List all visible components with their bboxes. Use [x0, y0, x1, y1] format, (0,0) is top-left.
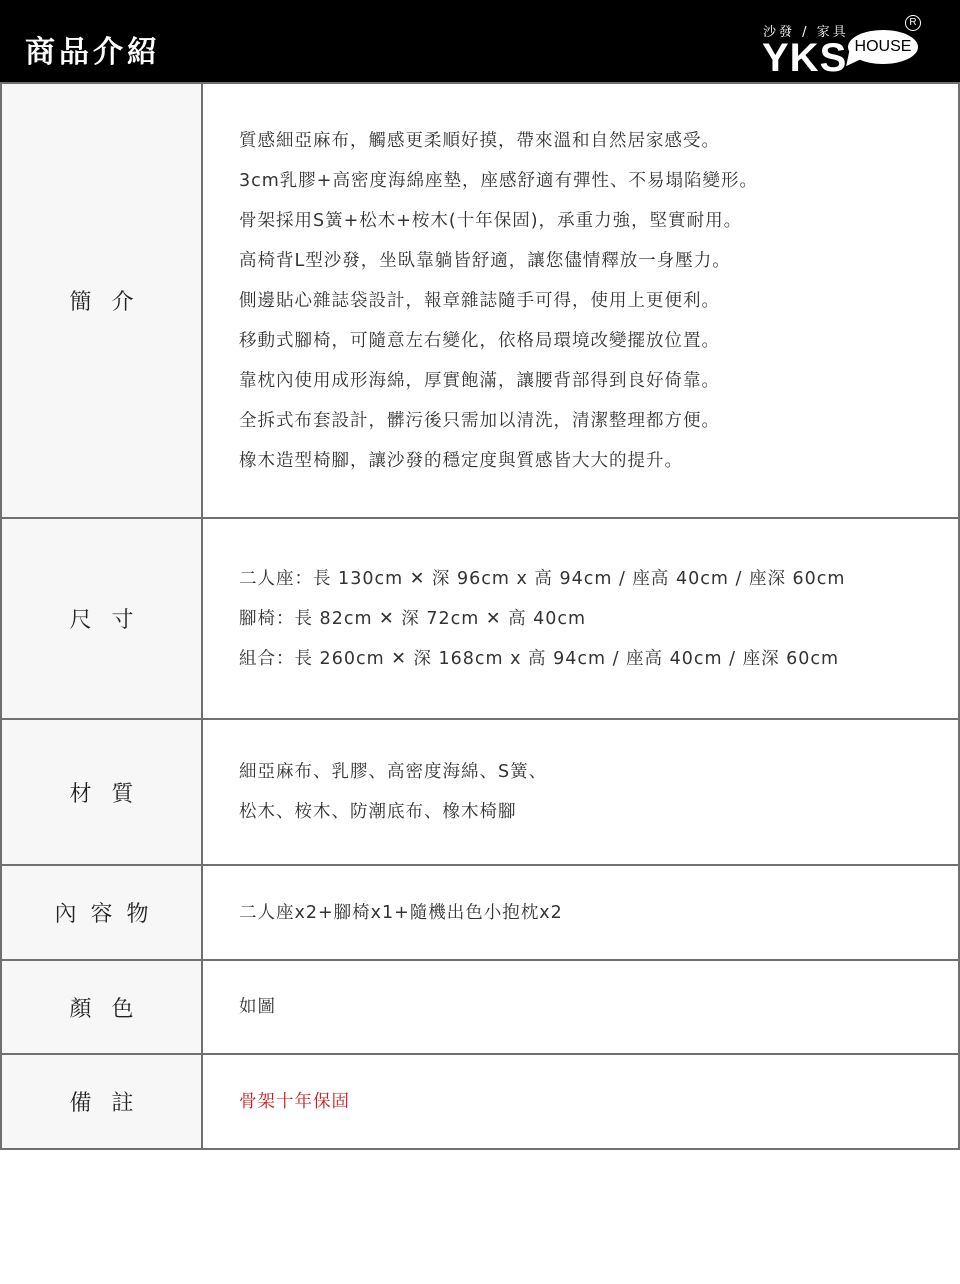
intro-line: 靠枕內使用成形海綿，厚實飽滿，讓腰背部得到良好倚靠。 [239, 361, 958, 401]
spec-row-size: 尺寸 二人座：長 130cm ✕ 深 96cm x 高 94cm / 座高 40… [1, 518, 959, 719]
header-banner: 商品介紹 沙發 / 家具 YKS HOUSE R [0, 0, 960, 82]
spec-label: 尺寸 [1, 518, 202, 719]
intro-line: 高椅背L型沙發，坐臥靠躺皆舒適，讓您儘情釋放一身壓力。 [239, 241, 958, 281]
spec-label: 內容物 [1, 865, 202, 960]
intro-line: 移動式腳椅，可隨意左右變化，依格局環境改變擺放位置。 [239, 321, 958, 361]
size-line: 組合：長 260cm ✕ 深 168cm x 高 94cm / 座高 40cm … [239, 639, 958, 679]
intro-line: 質感細亞麻布，觸感更柔順好摸，帶來溫和自然居家感受。 [239, 121, 958, 161]
contents-line: 二人座x2+腳椅x1+隨機出色小抱枕x2 [239, 893, 958, 933]
registered-mark-icon: R [905, 15, 921, 31]
intro-line: 側邊貼心雜誌袋設計，報章雜誌隨手可得，使用上更便利。 [239, 281, 958, 321]
spec-row-intro: 簡介 質感細亞麻布，觸感更柔順好摸，帶來溫和自然居家感受。 3cm乳膠+高密度海… [1, 83, 959, 518]
intro-line: 橡木造型椅腳，讓沙發的穩定度與質感皆大大的提升。 [239, 441, 958, 481]
remark-line: 骨架十年保固 [239, 1082, 958, 1122]
spec-value: 細亞麻布、乳膠、高密度海綿、S簧、 松木、桉木、防潮底布、橡木椅腳 [202, 719, 959, 865]
page-title: 商品介紹 [25, 34, 161, 72]
spec-label: 備註 [1, 1054, 202, 1149]
spec-value: 二人座x2+腳椅x1+隨機出色小抱枕x2 [202, 865, 959, 960]
size-line: 二人座：長 130cm ✕ 深 96cm x 高 94cm / 座高 40cm … [239, 559, 958, 599]
color-line: 如圖 [239, 987, 958, 1027]
spec-row-remark: 備註 骨架十年保固 [1, 1054, 959, 1149]
spec-value: 如圖 [202, 960, 959, 1054]
size-line: 腳椅：長 82cm ✕ 深 72cm ✕ 高 40cm [239, 599, 958, 639]
spec-label: 材質 [1, 719, 202, 865]
spec-row-material: 材質 細亞麻布、乳膠、高密度海綿、S簧、 松木、桉木、防潮底布、橡木椅腳 [1, 719, 959, 865]
brand-logo: 沙發 / 家具 YKS HOUSE R [760, 10, 960, 80]
spec-label: 簡介 [1, 83, 202, 518]
logo-brand-text: YKS [762, 38, 847, 78]
material-line: 松木、桉木、防潮底布、橡木椅腳 [239, 792, 958, 832]
material-line: 細亞麻布、乳膠、高密度海綿、S簧、 [239, 752, 958, 792]
product-spec-table: 簡介 質感細亞麻布，觸感更柔順好摸，帶來溫和自然居家感受。 3cm乳膠+高密度海… [0, 82, 960, 1150]
spec-label: 顏色 [1, 960, 202, 1054]
intro-line: 骨架採用S簧+松木+桉木(十年保固)，承重力強，堅實耐用。 [239, 201, 958, 241]
spec-value: 質感細亞麻布，觸感更柔順好摸，帶來溫和自然居家感受。 3cm乳膠+高密度海綿座墊… [202, 83, 959, 518]
logo-bubble-text: HOUSE [848, 37, 918, 57]
spec-row-contents: 內容物 二人座x2+腳椅x1+隨機出色小抱枕x2 [1, 865, 959, 960]
intro-line: 全拆式布套設計，髒污後只需加以清洗，清潔整理都方便。 [239, 401, 958, 441]
spec-row-color: 顏色 如圖 [1, 960, 959, 1054]
intro-line: 3cm乳膠+高密度海綿座墊，座感舒適有彈性、不易塌陷變形。 [239, 161, 958, 201]
spec-value: 二人座：長 130cm ✕ 深 96cm x 高 94cm / 座高 40cm … [202, 518, 959, 719]
spec-value: 骨架十年保固 [202, 1054, 959, 1149]
